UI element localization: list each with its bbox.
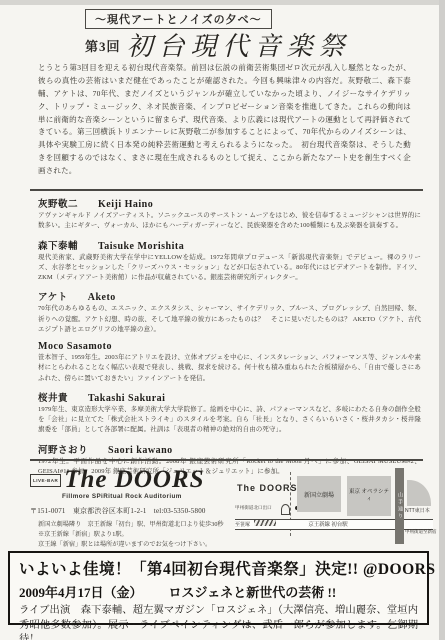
direction-line: ※京王新線「新宿」駅より1駅。: [38, 530, 230, 540]
artist-bio: 70年代のあらゆるもの、エスニック、エクスタシス、シャーマン、サイケデリック、ブ…: [38, 304, 421, 335]
artist-section-aketo: アケトAketo 70年代のあらゆるもの、エスニック、エクスタシス、シャーマン、…: [38, 289, 421, 335]
flyer-page: ～現代アートとノイズの夕べ～ 第3回 初台現代音楽祭 とうとう第3回目を迎える初…: [0, 0, 439, 640]
artist-name-jp: アケト: [38, 293, 68, 303]
map-hatsudai-station: 京王新線 初台駅: [293, 520, 363, 528]
direction-line: 新国立劇場隣り 京王新線「初台」駅、甲州街道北口より徒歩30秒: [38, 520, 230, 530]
venue-address: 〒151-0071 東京都渋谷区本町1-2-1 tel:03-5350-5800: [30, 506, 230, 516]
divider-top: [30, 189, 423, 191]
artist-heading: 河野さおりSaori kawano: [38, 442, 421, 456]
intro-paragraph: とうとう第3回目を迎える初台現代音楽祭。前回は伝説の前衛芸術集団ゼロ次元が乱入し…: [38, 62, 411, 178]
announcement-date: 2009年4月17日（金）: [19, 585, 143, 600]
artist-section-haino: 灰野敬二Keiji Haino アヴァンギャルド ノイズアーティスト。ソニックユ…: [38, 196, 421, 232]
artist-heading: 桜井貴Takashi Sakurai: [38, 390, 421, 404]
announcement-box: いよいよ佳境！「第4回初台現代音楽祭」決定!! @DOORS 2009年4月17…: [8, 551, 429, 625]
direction-line: 京王線「新宿」駅とは場所が違いますのでお気をつけ下さい。: [38, 540, 230, 550]
artist-name-en: Keiji Haino: [98, 199, 153, 210]
artist-name-en: Aketo: [88, 292, 116, 303]
map-opera-city: 東京 オペラシティ: [347, 476, 391, 516]
doors-logo-subtitle: Fillmore SPiRitual Rock Auditorium: [62, 493, 230, 500]
map-sasazuka-label: 至笹塚: [235, 521, 250, 528]
title-edition: 第3回: [85, 39, 121, 54]
artist-section-sakurai: 桜井貴Takashi Sakurai 1979年生、東京造形大学卒業、多摩美術大…: [38, 390, 421, 436]
artist-bio: 笹本智子、1959年生。2003年にアトリエを設け、立体オブジェを中心に、インス…: [38, 353, 421, 384]
artist-name-en: Taisuke Morishita: [98, 241, 184, 252]
scan-edge: [439, 0, 445, 640]
venue-info: LIVE-BAR The DOORS Fillmore SPiRitual Ro…: [30, 467, 230, 561]
map-ntt-building: [407, 480, 431, 506]
map-exit-icon: [281, 504, 290, 515]
artist-name-en: Saori kawano: [108, 445, 173, 456]
artist-bio: アヴァンギャルド ノイズアーティスト。ソニックユースのサーストン・ムーアをはじめ…: [38, 211, 421, 232]
artist-list: 灰野敬二Keiji Haino アヴァンギャルド ノイズアーティスト。ソニックユ…: [38, 196, 421, 483]
announcement-subtitle: ロスジェネと新世代の芸術 !!: [169, 585, 337, 600]
artist-section-morishita: 森下泰輔Taisuke Morishita 現代美術家、武蔵野美術大学在学中にY…: [38, 238, 421, 284]
live-bar-badge: LIVE-BAR: [30, 474, 61, 487]
announcement-body: ライブ出演 森下泰輔、超左翼マガジン「ロスジェネ」（大澤信亮、増山麗奈、堂垣内秀…: [19, 604, 418, 640]
map-koshu-shinjuku-label: 甲州街道至新宿: [405, 529, 437, 535]
venue-logo: LIVE-BAR The DOORS: [30, 467, 230, 492]
artist-heading: Moco Sasamoto: [38, 341, 421, 352]
map-yamate-street: 山手通り: [395, 468, 404, 544]
artist-heading: アケトAketo: [38, 289, 421, 303]
scan-edge: [0, 0, 445, 5]
doors-logo-text: The DOORS: [64, 467, 204, 492]
artist-name-en: Moco Sasamoto: [38, 341, 112, 352]
artist-heading: 森下泰輔Taisuke Morishita: [38, 238, 421, 252]
artist-name-jp: 河野さおり: [38, 446, 88, 456]
announcement-date-line: 2009年4月17日（金）ロスジェネと新世代の芸術 !!: [19, 582, 418, 601]
artist-section-sasamoto: Moco Sasamoto 笹本智子、1959年生。2003年にアトリエを設け、…: [38, 341, 421, 384]
map-ntt-label: NTT東日本: [405, 507, 430, 514]
artist-heading: 灰野敬二Keiji Haino: [38, 196, 421, 210]
access-map: The DOORS ★ 甲州街道北口出口 交番 新国立劇場 東京 オペラシティ …: [235, 468, 433, 544]
map-new-national-theatre: 新国立劇場: [297, 476, 341, 512]
artist-bio: 現代美術家、武蔵野美術大学在学中にYELLOWを結成。1972年間章プロデュース…: [38, 253, 421, 284]
announcement-headline: いよいよ佳境！「第4回初台現代音楽祭」決定!! @DOORS: [19, 557, 418, 579]
artist-name-en: Takashi Sakurai: [88, 393, 165, 404]
title-main: 初台現代音楽祭: [127, 32, 351, 61]
page-title: 第3回 初台現代音楽祭: [85, 26, 351, 63]
artist-name-jp: 桜井貴: [38, 394, 68, 404]
artist-name-jp: 森下泰輔: [38, 242, 78, 252]
map-exit-label: 甲州街道北口出口: [235, 505, 272, 511]
divider-venue: [30, 459, 423, 461]
map-crossing-hatch: [254, 520, 276, 526]
artist-name-jp: 灰野敬二: [38, 200, 78, 210]
artist-bio: 1979年生、東京造形大学卒業、多摩美術大学大学院修了。絵画を中心に、詩、パフォ…: [38, 405, 421, 436]
